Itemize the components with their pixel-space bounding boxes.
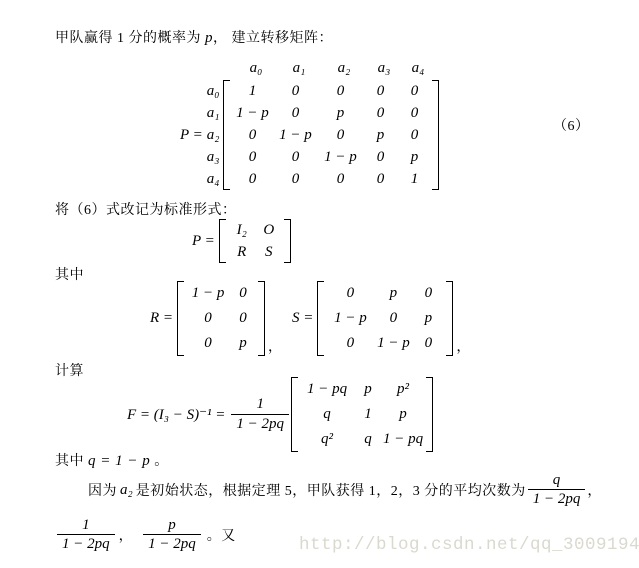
fraction-numerator: p	[163, 517, 181, 534]
matrix-cell: q²	[321, 431, 333, 448]
transition-matrix: a₀ a₁ a₂ a₃ a₄ P = a₀ a₁ a₂ a₃ a₄ 1 0 0 …	[180, 56, 439, 190]
standard-form-lhs: P =	[192, 233, 215, 250]
matrix-cell: p	[337, 105, 345, 122]
intro-text-before: 甲队赢得 1 分的概率为	[55, 31, 201, 46]
matrix-cell: 0	[377, 171, 385, 188]
transition-matrix-grid: 1 0 0 0 0 1 − p 0 p 0 0 0 1 − p 0 p 0 0 …	[232, 80, 430, 190]
matrix-cell: 0	[292, 149, 300, 166]
fraction-numerator: 1	[77, 517, 95, 534]
matrix-cell: 1 − pq	[383, 431, 423, 448]
left-bracket	[177, 281, 184, 356]
standard-form-intro: 将（6）式改记为标准形式：	[55, 199, 237, 219]
left-bracket	[223, 80, 230, 190]
matrix-cell: 0	[377, 105, 385, 122]
right-bracket	[432, 80, 439, 190]
matrix-cell: 0	[204, 335, 212, 352]
right-bracket	[426, 377, 433, 452]
matrix-cell: 0	[377, 83, 385, 100]
matrix-cell: 0	[239, 310, 247, 327]
row-header: a₂	[207, 124, 220, 146]
matrix-cell: 1 − p	[236, 105, 269, 122]
right-bracket	[284, 219, 291, 263]
where-text: 其中	[55, 454, 84, 469]
matrix-cell: 1	[249, 83, 257, 100]
conclusion-paragraph: 因为 a₂ 是初始状态，根据定理 5，甲队获得 1，2，3 分的平均次数为 q …	[88, 472, 602, 509]
prob-variable: p	[205, 30, 213, 46]
col-header: a₀	[250, 60, 263, 77]
s-matrix-lhs: S =	[292, 310, 313, 327]
fraction-denominator: 1 − 2pq	[231, 414, 289, 433]
matrix-cell: 1 − p	[324, 149, 357, 166]
matrix-col-headers: a₀ a₁ a₂ a₃ a₄	[236, 56, 439, 80]
left-bracket	[219, 219, 226, 263]
coefficient-fraction: 1 1 − 2pq	[231, 396, 289, 433]
matrix-cell: 0	[411, 105, 419, 122]
fraction-one: 1 1 − 2pq	[57, 517, 115, 554]
where-q-line: 其中 q = 1 − p 。	[55, 450, 169, 470]
matrix-cell: 1 − pq	[307, 381, 347, 398]
f-equation-lhs: F = (I₃ − S)⁻¹ =	[127, 405, 225, 424]
matrix-cell: 1 − p	[377, 335, 410, 352]
row-header: a₁	[207, 102, 220, 124]
comma: ，	[587, 480, 602, 500]
compute-label: 计算	[55, 360, 84, 380]
fraction-p: p 1 − 2pq	[143, 517, 201, 554]
matrix-cell: 0	[249, 149, 257, 166]
matrix-row-headers: a₀ a₁ a₂ a₃ a₄	[207, 80, 220, 190]
q-definition: q = 1 − p	[88, 453, 150, 469]
row-header: a₄	[207, 168, 220, 190]
matrix-cell: 1 − p	[192, 285, 225, 302]
f-equation: F = (I₃ − S)⁻¹ = 1 1 − 2pq 1 − pq p p² q…	[127, 377, 433, 452]
matrix-cell: 0	[249, 127, 257, 144]
matrix-cell: 0	[425, 285, 433, 302]
matrix-cell: 0	[292, 83, 300, 100]
col-header: a₃	[378, 60, 391, 77]
matrix-cell: 0	[377, 149, 385, 166]
col-header: a₂	[338, 60, 351, 77]
matrix-cell: 0	[337, 127, 345, 144]
matrix-cell: p	[239, 335, 247, 352]
intro-text-after: ， 建立转移矩阵：	[213, 31, 333, 46]
matrix-cell: p	[411, 149, 419, 166]
matrix-cell: q	[323, 406, 331, 423]
right-bracket	[446, 281, 453, 356]
matrix-cell: 0	[337, 83, 345, 100]
matrix-cell: p	[399, 406, 407, 423]
para-continuation: 。又	[207, 525, 236, 545]
f-matrix-grid: 1 − pq p p² q 1 p q² q 1 − pq	[300, 377, 424, 452]
matrix-cell: S	[265, 244, 273, 261]
matrix-cell: p	[390, 285, 398, 302]
matrix-cell: q	[364, 431, 372, 448]
comma: ，	[119, 525, 134, 545]
matrix-cell: p²	[397, 381, 409, 398]
row-header: a₀	[207, 80, 220, 102]
matrix-cell: 0	[411, 127, 419, 144]
matrix-cell: 1 − p	[279, 127, 312, 144]
matrix-cell: O	[263, 222, 274, 239]
left-bracket	[317, 281, 324, 356]
r-matrix-lhs: R =	[150, 310, 173, 327]
among-label: 其中	[55, 264, 84, 284]
matrix-cell: 0	[249, 171, 257, 188]
matrix-cell: 1 − p	[334, 310, 367, 327]
comma: ，	[456, 336, 470, 356]
r-matrix-grid: 1 − p 0 0 0 0 p	[186, 281, 256, 356]
matrix-cell: 0	[347, 335, 355, 352]
watermark: http://blog.csdn.net/qq_30091945	[299, 535, 639, 555]
matrix-cell: 0	[390, 310, 398, 327]
fraction-denominator: 1 − 2pq	[143, 534, 201, 553]
s-matrix-grid: 0 p 0 1 − p 0 p 0 1 − p 0	[326, 281, 444, 356]
para-text-middle: 是初始状态，根据定理 5，甲队获得 1，2，3 分的平均次数为	[136, 480, 526, 500]
matrix-cell: 0	[425, 335, 433, 352]
comma: ，	[268, 336, 282, 356]
right-bracket	[258, 281, 265, 356]
initial-state-var: a₂	[120, 482, 133, 499]
matrix-cell: 0	[204, 310, 212, 327]
col-header: a₁	[293, 60, 306, 77]
matrix-cell: 0	[337, 171, 345, 188]
fraction-denominator: 1 − 2pq	[57, 534, 115, 553]
matrix-p-lhs: P =	[180, 127, 203, 144]
last-line: 1 1 − 2pq ， p 1 − 2pq 。又	[55, 517, 236, 554]
matrix-cell: R	[237, 244, 246, 261]
r-s-matrices: R = 1 − p 0 0 0 0 p ， S = 0 p 0 1 − p 0 …	[150, 281, 470, 356]
equation-number: （6）	[553, 115, 590, 135]
col-header: a₄	[412, 60, 425, 77]
fraction-denominator: 1 − 2pq	[528, 489, 586, 508]
fraction-numerator: q	[548, 472, 566, 489]
matrix-cell: 1	[411, 171, 419, 188]
matrix-cell: 0	[411, 83, 419, 100]
standard-form-grid: I₂ O R S	[228, 219, 282, 263]
matrix-cell: 0	[239, 285, 247, 302]
left-bracket	[291, 377, 298, 452]
matrix-cell: I₂	[237, 222, 247, 239]
average-count-fraction: q 1 − 2pq	[528, 472, 586, 509]
matrix-cell: 1	[364, 406, 372, 423]
row-header: a₃	[207, 146, 220, 168]
standard-form-matrix: P = I₂ O R S	[192, 219, 291, 263]
document-page: { "page": { "background": "#ffffff", "te…	[0, 0, 639, 568]
period: 。	[154, 454, 169, 469]
matrix-cell: p	[364, 381, 372, 398]
matrix-cell: 0	[347, 285, 355, 302]
fraction-numerator: 1	[251, 396, 269, 413]
matrix-cell: 0	[292, 171, 300, 188]
intro-line: 甲队赢得 1 分的概率为 p， 建立转移矩阵：	[55, 27, 333, 47]
matrix-cell: p	[425, 310, 433, 327]
matrix-cell: p	[377, 127, 385, 144]
para-text-before: 因为	[88, 480, 117, 500]
matrix-cell: 0	[292, 105, 300, 122]
